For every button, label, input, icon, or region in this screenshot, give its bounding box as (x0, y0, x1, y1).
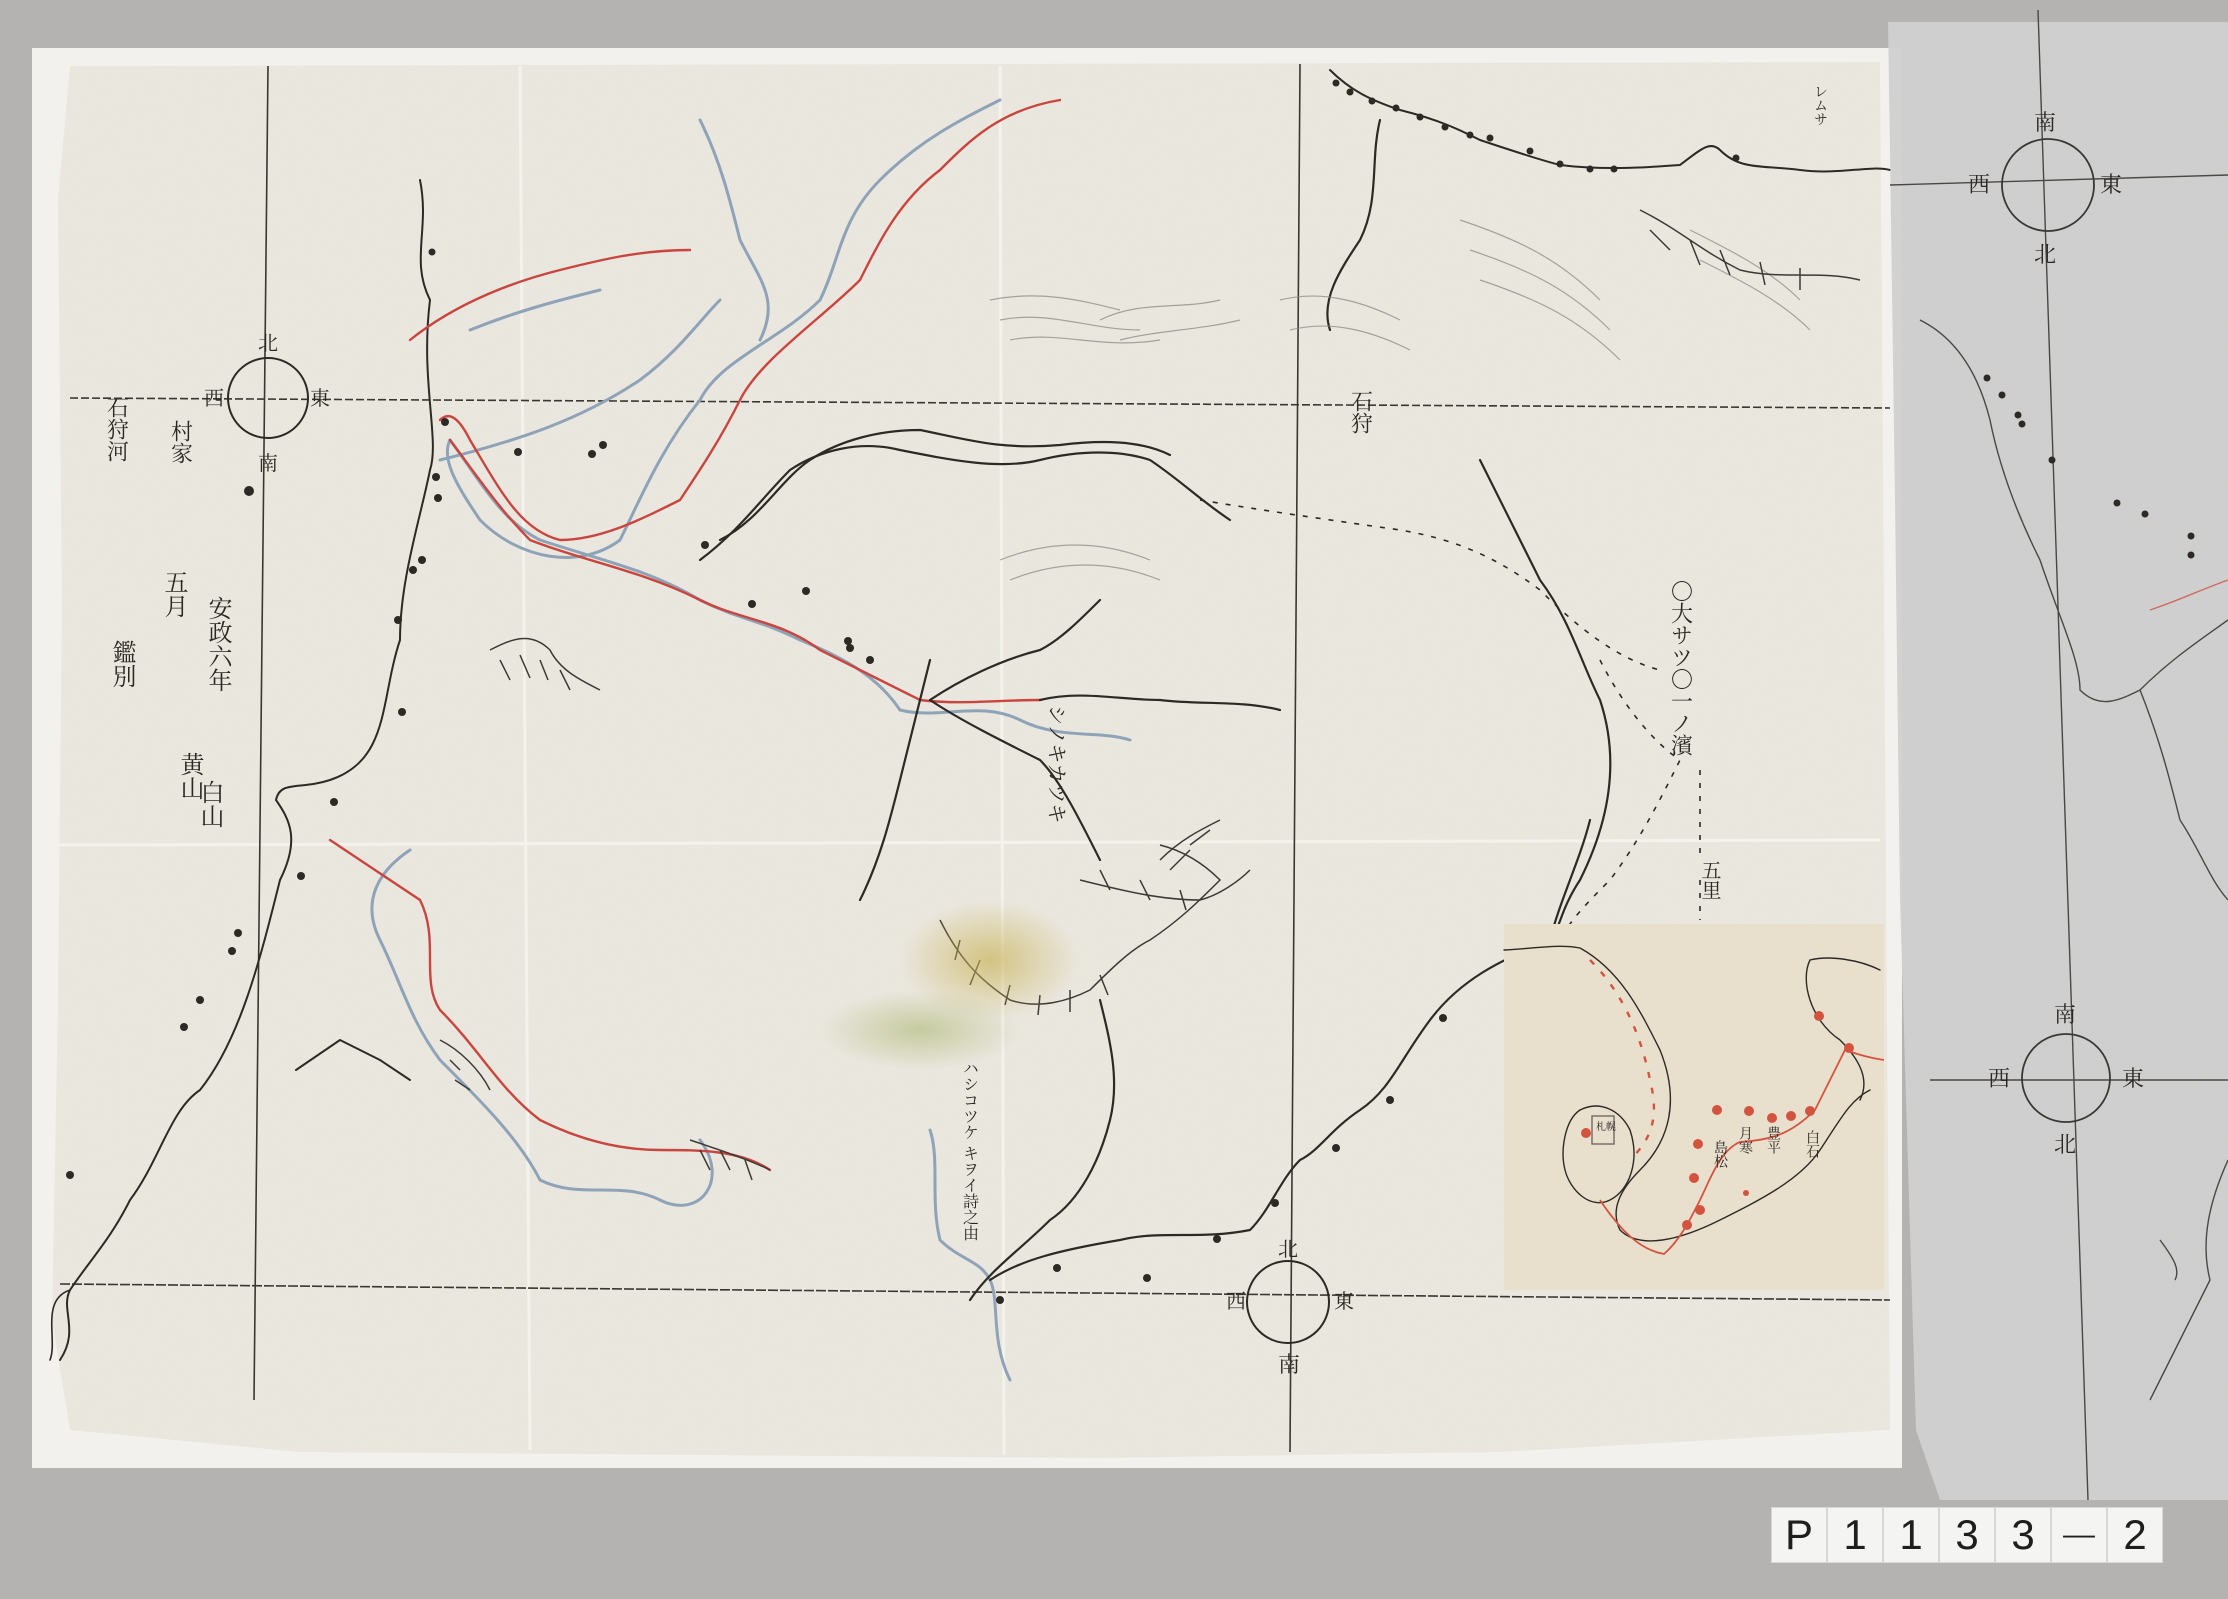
catalog-tile: 2 (2108, 1508, 2162, 1562)
compass-overlay-top-north: 南 (2034, 111, 2056, 136)
label-mountain-note: ハシコツケ キヲイ詩之由 (961, 1060, 980, 1241)
label-place-ishikari: 石狩 (1348, 390, 1373, 434)
title-line-1: 石狩河 (104, 396, 129, 462)
label-dotted-route-note: 〇大サツ〇一ノ濱 (1668, 580, 1693, 757)
inset-place-1: 白石 (1804, 1130, 1820, 1158)
mountain-tint-green (820, 990, 1020, 1070)
compass-overlay-bottom-north: 南 (2054, 1003, 2076, 1028)
label-place-upper-right: レムサ (1812, 84, 1828, 126)
catalog-tile: 1 (1884, 1508, 1938, 1562)
map-photograph: 北 南 東 西 北 南 東 西 南 北 東 西 南 北 東 西 (0, 0, 2228, 1599)
compass-overlay-bottom-west: 西 (1988, 1067, 2010, 1092)
catalog-tile: P (1772, 1508, 1826, 1562)
compass-bottom-north: 北 (1278, 1237, 1298, 1261)
inset-place-2: 豊平 (1765, 1125, 1781, 1154)
title-line-2: 村家 (168, 420, 193, 464)
compass-overlay-bottom-south: 北 (2054, 1133, 2076, 1158)
compass-overlay-top-south: 北 (2034, 243, 2056, 268)
catalog-id-label: P 1 1 3 3 － 2 (1772, 1508, 2162, 1562)
inset-place-4: 島松 (1712, 1139, 1728, 1169)
compass-overlay-bottom-east: 東 (2122, 1067, 2144, 1092)
compass-left-south: 南 (258, 451, 278, 475)
title-line-4: 五月 (160, 570, 188, 618)
inset-place-3: 月寒 (1737, 1126, 1753, 1155)
compass-left-west: 西 (204, 386, 224, 410)
compass-left-north: 北 (258, 331, 278, 355)
compass-bottom-east: 東 (1334, 1289, 1354, 1313)
label-distance-mark: 五里 (1698, 860, 1722, 900)
catalog-tile: 3 (1996, 1508, 2050, 1562)
compass-bottom-south: 南 (1278, 1353, 1300, 1378)
catalog-tile: 3 (1940, 1508, 1994, 1562)
compass-overlay-top-west: 西 (1968, 173, 1990, 198)
inset-title: 札幌 (1596, 1120, 1616, 1133)
title-line-5: 鑑別 (108, 640, 136, 688)
compass-left-east: 東 (310, 386, 330, 410)
catalog-tile: 1 (1828, 1508, 1882, 1562)
inset-map: 札幌 白石 豊平 月寒 島松 (1504, 924, 1884, 1290)
label-central-red: シノキカツキ (1045, 705, 1069, 823)
catalog-tile: － (2052, 1508, 2106, 1562)
title-line-7: 白山 (196, 780, 224, 828)
title-line-3: 安政六年 (204, 596, 232, 692)
compass-overlay-top-east: 東 (2100, 173, 2122, 198)
compass-bottom-west: 西 (1226, 1289, 1246, 1313)
